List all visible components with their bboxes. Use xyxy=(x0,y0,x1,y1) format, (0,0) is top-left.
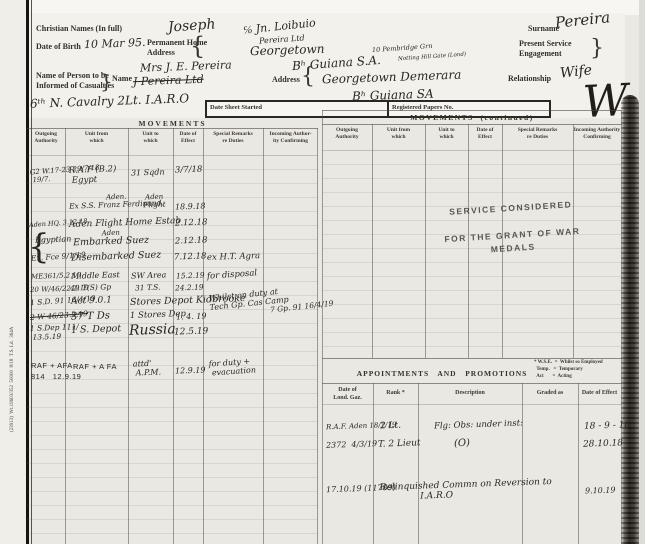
appointments-table: APPOINTMENTS AND PROMOTIONS * W.S.E. = W… xyxy=(322,358,622,544)
row4-outgoing: Egyptian xyxy=(35,234,72,244)
row2-to: AdenFlight xyxy=(143,194,166,210)
movements-title: MOVEMENTS xyxy=(27,119,318,128)
col-date-effect: Date of Effect xyxy=(173,131,203,145)
casualty-name-struck: J Pereira Ltd xyxy=(133,74,204,89)
col-incoming-authority: Incoming Authority Confirming xyxy=(573,127,621,141)
present-service-brace: } xyxy=(590,38,604,60)
col-incoming-authority: Incoming Author- ity Confirming xyxy=(263,131,318,145)
row10-date: 12.5.19 xyxy=(174,326,209,338)
appointments-title: APPOINTMENTS AND PROMOTIONS xyxy=(322,369,562,378)
relationship-label: Relationship xyxy=(508,74,551,84)
row5-remarks: ex H.T. Agra xyxy=(207,252,260,264)
date-sheet-label: Date Sheet Started xyxy=(210,104,262,112)
row7-to: 31 T.S. xyxy=(135,284,161,294)
col-unit-from: Unit from which xyxy=(372,127,425,141)
col-outgoing-authority: Outgoing Authority xyxy=(322,127,372,141)
row10-from: 1 S. Depot xyxy=(71,324,121,337)
stamp-line1: SERVICE CONSIDERED xyxy=(421,196,601,221)
apt2-date: 28.10.18 xyxy=(583,438,623,450)
apt1-date: 18 - 9 - 18 xyxy=(584,420,630,432)
row6-to: SW Area xyxy=(131,270,167,280)
row4-date: 2.12.18 xyxy=(175,236,208,247)
war-medals-stamp: SERVICE CONSIDERED FOR THE GRANT OF WAR … xyxy=(420,183,605,275)
row11-to: attd' A.P.M. xyxy=(133,359,162,378)
stamp-line2: FOR THE GRANT OF WAR MEDALS xyxy=(422,223,603,261)
home-address-brace: { xyxy=(190,34,205,58)
movements-table: MOVEMENTS Outgoing Authority Unit from w… xyxy=(27,118,318,544)
row8-from: Act 9.0.1 xyxy=(71,295,112,307)
row1-date: 3/7/18 xyxy=(175,166,203,177)
row3-date: 2.12.18 xyxy=(175,218,208,229)
col-unit-from: Unit from which xyxy=(65,131,128,145)
row1-to: 31 Sqdn xyxy=(131,167,165,177)
present-service-label: Present Service Engagement xyxy=(519,39,572,60)
col-date-of-effect: Date of Effect xyxy=(578,390,621,398)
col-date-lond-gaz: Date of Lond. Gaz. xyxy=(322,387,373,403)
casualty-address-label: Address xyxy=(272,75,300,85)
casualty-address-brace: { xyxy=(301,66,315,88)
row11-remarks: for duty + evacuation xyxy=(208,356,256,378)
col-graded-as: Graded as xyxy=(522,390,578,398)
row6-date: 15.2.19 xyxy=(176,272,205,282)
appointments-footnote: * W.S.E. = Whilst so Employed Temp. = Te… xyxy=(534,360,603,380)
col-description: Description xyxy=(418,390,522,398)
row10-to: Russia xyxy=(129,321,176,339)
row5-date: 7.12.18 xyxy=(174,252,207,263)
apt3-description: Relinquished Commn on Reversion to I.A.R… xyxy=(380,477,553,504)
apt2-description: (O) xyxy=(454,438,470,450)
row4-from: AdenEmbarked Suez xyxy=(73,229,150,250)
christian-names-label: Christian Names (In full) xyxy=(36,24,122,34)
date-of-birth-value: 10 Mar 95. xyxy=(84,37,146,52)
row11-from: RAF + A FA xyxy=(73,361,117,372)
apt1-rank: 2 Lt. xyxy=(380,421,401,432)
row11-date: 12.9.19 xyxy=(175,365,206,375)
casualty-name-label: Name xyxy=(112,74,132,84)
col-special-remarks: Special Remarks re Duties xyxy=(203,131,263,145)
apt3-date: 9.10.19 xyxy=(585,485,616,495)
apt1-description: Flg: Obs: under inst: xyxy=(434,419,523,432)
col-outgoing-authority: Outgoing Authority xyxy=(27,131,65,145)
row9-date: 1. 4. 19 xyxy=(176,311,207,321)
page-binding-right xyxy=(621,95,639,544)
service-record-page: (23913) Wt.19603/352 50000 8/18 T.S. Ld.… xyxy=(0,0,645,544)
date-of-birth-label: Date of Birth xyxy=(36,42,81,52)
printer-imprint: (23913) Wt.19603/352 50000 8/18 T.S. Ld.… xyxy=(10,222,15,432)
row6-from: Middle East xyxy=(71,270,120,281)
col-unit-to: Unit to which xyxy=(425,127,468,141)
col-date-effect: Date of Effect xyxy=(468,127,502,141)
movements-continued-title: MOVEMENTS (continued) xyxy=(322,113,622,122)
col-unit-to: Unit to which xyxy=(128,131,173,145)
col-special-remarks: Special Remarks re Duties xyxy=(502,127,573,141)
movements-continued-table: MOVEMENTS (continued) Outgoing Authority… xyxy=(322,110,622,358)
col-rank: Rank * xyxy=(373,390,418,398)
row7-from: 49 T(S) Gp xyxy=(70,283,111,293)
apt2-rank: T. 2 Lieut xyxy=(378,438,421,450)
scan-right-margin xyxy=(639,0,645,544)
row7-date: 24.2.19 xyxy=(175,284,204,294)
row2-date: 18.9.18 xyxy=(175,201,206,211)
apt2-gazette: 2372 4/3/19 xyxy=(326,439,377,450)
row1-from: R.A.F (B.2) Egypt xyxy=(69,165,117,186)
casualties-brace: } xyxy=(100,71,113,91)
